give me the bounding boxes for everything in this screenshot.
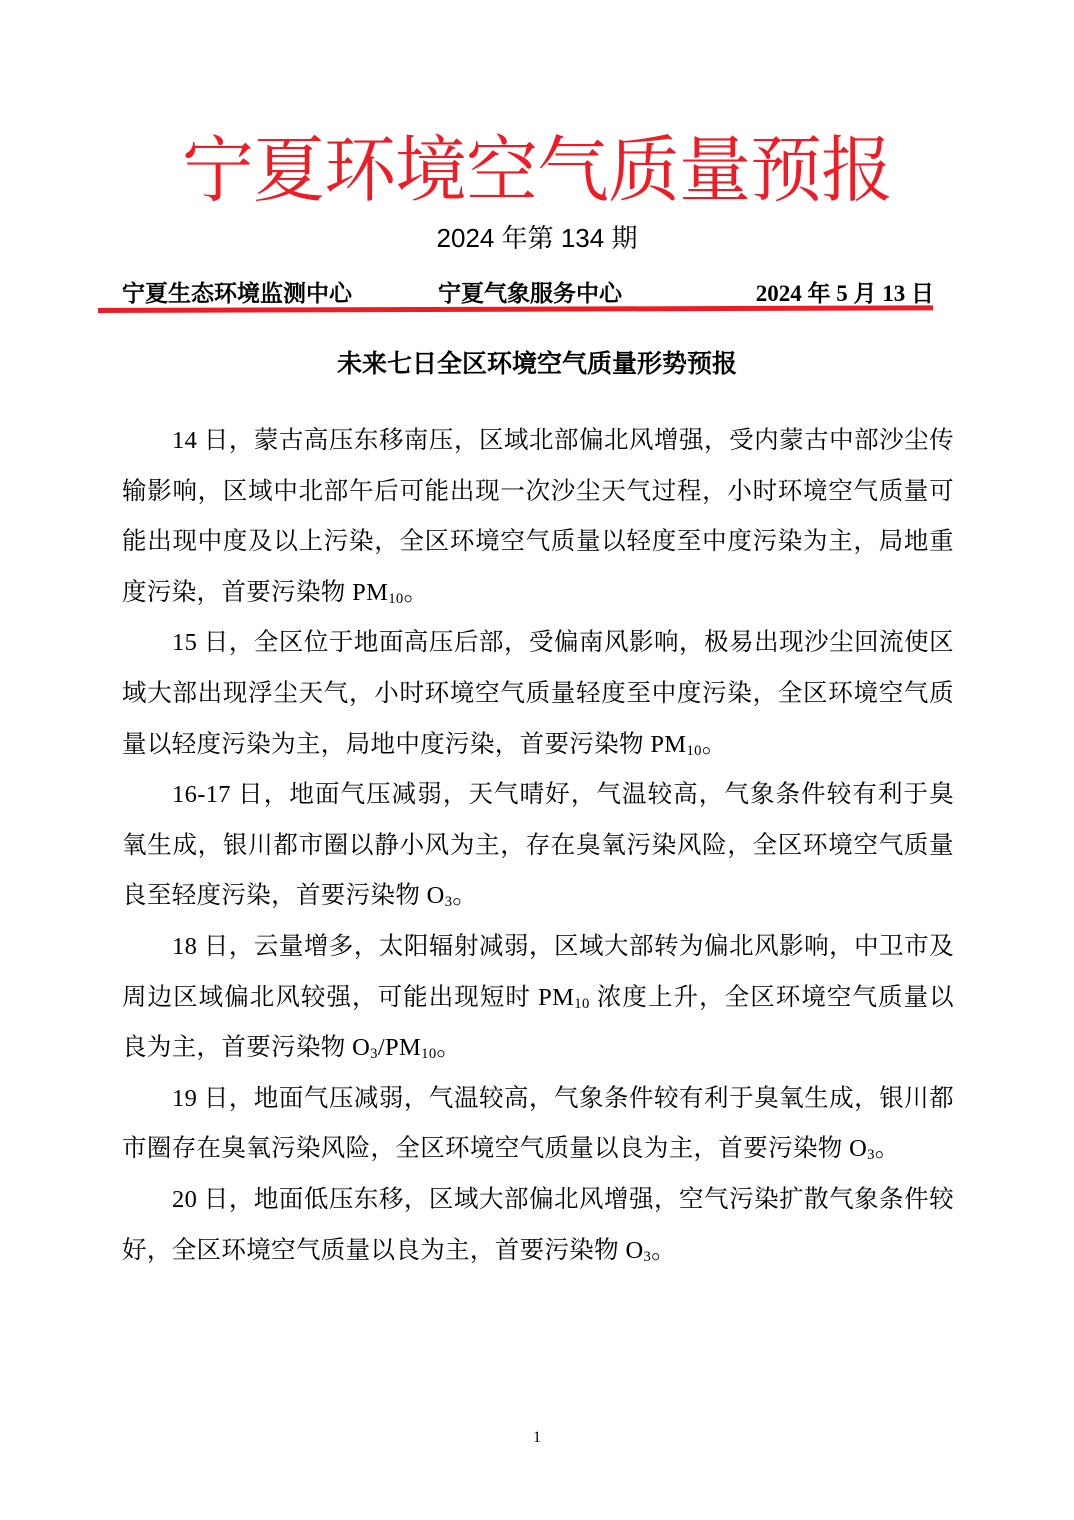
- forecast-paragraph-15: 15 日，全区位于地面高压后部，受偏南风影响，极易出现沙尘回流使区域大部出现浮尘…: [122, 618, 954, 770]
- subscript: 10: [686, 743, 701, 759]
- text: 。: [875, 1135, 900, 1162]
- masthead-title: 宁夏环境空气质量预报: [0, 128, 1074, 212]
- forecast-paragraph-14: 14 日，蒙古高压东移南压，区域北部偏北风增强，受内蒙古中部沙尘传输影响，区域中…: [122, 416, 954, 618]
- text: 。: [437, 1034, 462, 1061]
- subscript: 3: [867, 1147, 875, 1163]
- text: 15 日，全区位于地面高压后部，受偏南风影响，极易出现沙尘回流使区域大部出现浮尘…: [122, 629, 954, 757]
- text: 16-17 日，地面气压减弱，天气晴好，气温较高，气象条件较有利于臭氧生成，银川…: [122, 781, 954, 909]
- forecast-paragraph-16-17: 16-17 日，地面气压减弱，天气晴好，气温较高，气象条件较有利于臭氧生成，银川…: [122, 770, 954, 922]
- text: 。: [404, 579, 429, 606]
- forecast-paragraph-19: 19 日，地面气压减弱，气温较高，气象条件较有利于臭氧生成，银川都市圈存在臭氧污…: [122, 1074, 954, 1175]
- text: 。: [452, 882, 477, 909]
- forecast-body: 14 日，蒙古高压东移南压，区域北部偏北风增强，受内蒙古中部沙尘传输影响，区域中…: [122, 416, 954, 1276]
- text: 。: [651, 1237, 676, 1264]
- text: /PM: [378, 1034, 421, 1061]
- text: 14 日，蒙古高压东移南压，区域北部偏北风增强，受内蒙古中部沙尘传输影响，区域中…: [122, 427, 954, 606]
- text: 19 日，地面气压减弱，气温较高，气象条件较有利于臭氧生成，银川都市圈存在臭氧污…: [122, 1085, 954, 1163]
- text: 20 日，地面低压东移，区域大部偏北风增强，空气污染扩散气象条件较好，全区环境空…: [122, 1186, 954, 1264]
- issue-number: 2024 年第 134 期: [0, 220, 1074, 256]
- forecast-paragraph-18: 18 日，云量增多，太阳辐射减弱，区域大部转为偏北风影响，中卫市及周边区域偏北风…: [122, 922, 954, 1074]
- section-title: 未来七日全区环境空气质量形势预报: [0, 345, 1074, 385]
- text: 。: [702, 731, 727, 758]
- subscript: 10: [421, 1046, 436, 1062]
- subscript: 10: [388, 591, 403, 607]
- subscript: 3: [370, 1046, 378, 1062]
- forecast-paragraph-20: 20 日，地面低压东移，区域大部偏北风增强，空气污染扩散气象条件较好，全区环境空…: [122, 1175, 954, 1276]
- page-number: 1: [0, 1428, 1074, 1448]
- subscript: 10: [574, 995, 589, 1011]
